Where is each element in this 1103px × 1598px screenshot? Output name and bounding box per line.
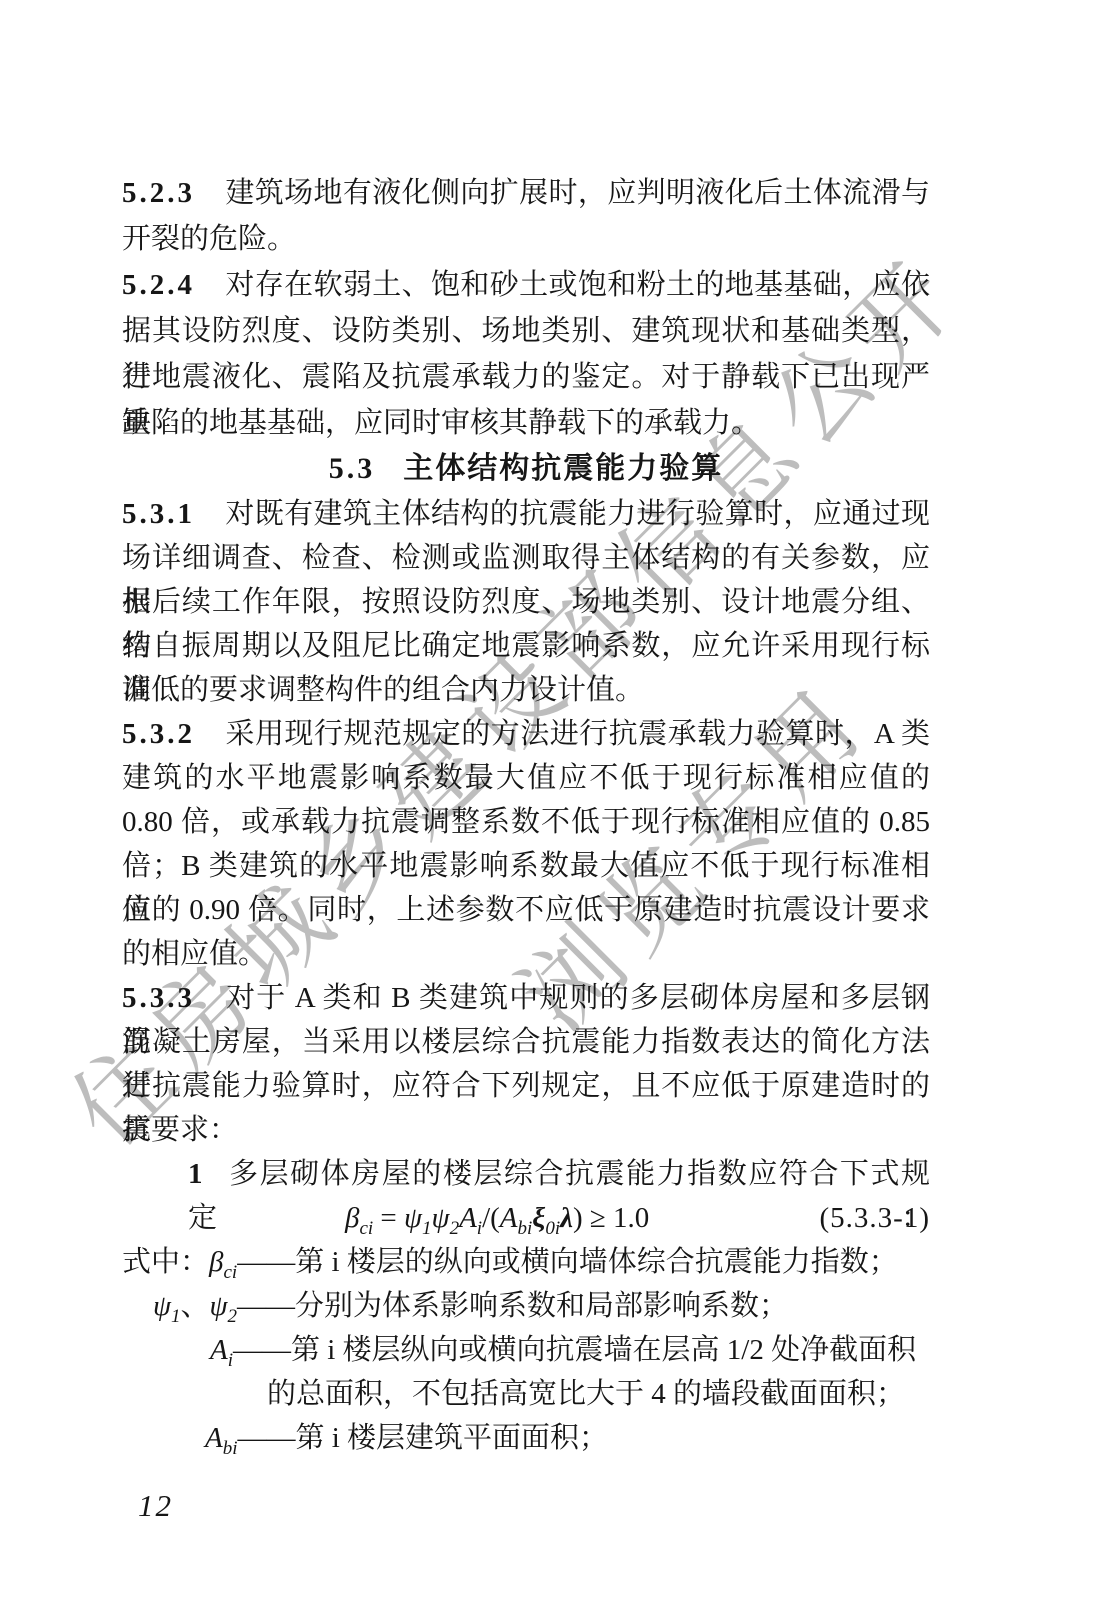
formula-divider: /( (482, 1202, 500, 1234)
clause-531-text1: 对既有建筑主体结构的抗震能力进行验算时，应通过现 (225, 498, 930, 530)
clause-533-line2: 混凝土房屋，当采用以楼层综合抗震能力指数表达的简化方法进 (122, 1020, 930, 1064)
equation-number: (5.3.3-1) (820, 1196, 930, 1240)
clause-524-text1: 对存在软弱土、饱和砂土或饱和粉土的地基基础，应依 (225, 269, 930, 301)
definition-psi-text: 分别为体系影响系数和局部影响系数； (295, 1290, 788, 1322)
clause-533-line3: 行抗震能力验算时，应符合下列规定，且不应低于原建造时的抗 (122, 1064, 930, 1108)
definition-intro: 式中： (122, 1246, 209, 1278)
definition-Abi: Abi——第 i 楼层建筑平面面积； (122, 1416, 930, 1460)
definition-beta-dash: —— (237, 1246, 295, 1278)
formula-tail: ) ≥ 1.0 (573, 1202, 649, 1234)
formula-lambda: λ (560, 1202, 573, 1234)
text-block: 5.2.3建筑场地有液化侧向扩展时，应判明液化后土体流滑与 开裂的危险。 5.2… (122, 170, 930, 1460)
scanned-standard-page: { "watermark": { "line1": "住房城乡建设部信息公开",… (0, 0, 1103, 1598)
definition-beta-var: β (209, 1246, 223, 1278)
definition-Abi-dash: —— (238, 1422, 296, 1454)
formula-xi-sub: 0i (545, 1218, 560, 1239)
definition-psi2-var: ψ (210, 1290, 228, 1322)
formula-xi: ξ (532, 1202, 545, 1234)
formula-psi2-sub: 2 (450, 1218, 460, 1239)
formula-psi2: ψ (432, 1202, 450, 1234)
formula-beta-sub: ci (359, 1218, 373, 1239)
section-heading: 5.3主体结构抗震能力验算 (122, 446, 930, 492)
section-heading-title: 主体结构抗震能力验算 (403, 452, 723, 485)
definition-Abi-var: A (205, 1422, 223, 1454)
clause-531-line3: 据后续工作年限，按照设防烈度、场地类别、设计地震分组、结 (122, 580, 930, 624)
formula-beta: β (345, 1202, 359, 1234)
formula-equals: = (373, 1202, 404, 1234)
formula-expression: βci = ψ1ψ2Ai/(Abiξ0iλ) ≥ 1.0 (345, 1202, 649, 1234)
clause-524-line4: 缺陷的地基基础，应同时审核其静载下的承载力。 (122, 400, 930, 446)
clause-532-line1: 5.3.2采用现行规范规定的方法进行抗震承载力验算时，A 类 (122, 712, 930, 756)
clause-532-number: 5.3.2 (122, 718, 195, 750)
clause-532-text1: 采用现行规范规定的方法进行抗震承载力验算时，A 类 (225, 718, 930, 750)
clause-531-line5: 调低的要求调整构件的组合内力设计值。 (122, 668, 930, 712)
definition-Ai-continued: 的总面积，不包括高宽比大于 4 的墙段截面面积； (122, 1372, 930, 1416)
clause-523-line1: 5.2.3建筑场地有液化侧向扩展时，应判明液化后土体流滑与 (122, 170, 930, 216)
clause-531-line2: 场详细调查、检查、检测或监测取得主体结构的有关参数，应根 (122, 536, 930, 580)
section-heading-number: 5.3 (329, 452, 376, 485)
formula-psi1: ψ (404, 1202, 422, 1234)
definition-psi-sep: 、 (181, 1290, 210, 1322)
clause-532-line6: 的相应值。 (122, 932, 930, 976)
definition-Ai: Ai——第 i 楼层纵向或横向抗震墙在层高 1/2 处净截面积 (122, 1328, 930, 1372)
clause-533-number: 5.3.3 (122, 982, 195, 1014)
formula-psi1-sub: 1 (422, 1218, 432, 1239)
clause-524-line1: 5.2.4对存在软弱土、饱和砂土或饱和粉土的地基基础，应依 (122, 262, 930, 308)
clause-532-line3: 0.80 倍，或承载力抗震调整系数不低于现行标准相应值的 0.85 (122, 800, 930, 844)
clause-524-number: 5.2.4 (122, 269, 195, 301)
definition-Abi-text: 第 i 楼层建筑平面面积； (296, 1422, 609, 1454)
clause-531-number: 5.3.1 (122, 498, 195, 530)
definition-Ai-var: A (210, 1334, 228, 1366)
clause-533-line1: 5.3.3对于 A 类和 B 类建筑中规则的多层砌体房屋和多层钢筋 (122, 976, 930, 1020)
definition-psi1-sub: 1 (171, 1306, 181, 1327)
clause-531-line4: 构自振周期以及阻尼比确定地震影响系数，应允许采用现行标准 (122, 624, 930, 668)
definition-beta-text: 第 i 楼层的纵向或横向墙体综合抗震能力指数； (295, 1246, 898, 1278)
definition-beta-sub: ci (223, 1262, 237, 1283)
page: 住房城乡建设部信息公开 浏览专用 5.2.3建筑场地有液化侧向扩展时，应判明液化… (0, 0, 1103, 1598)
formula-A1: A (459, 1202, 477, 1234)
formula-5331: βci = ψ1ψ2Ai/(Abiξ0iλ) ≥ 1.0(5.3.3-1) (122, 1196, 930, 1240)
formula-A2-sub: bi (518, 1218, 533, 1239)
definition-Ai-text: 第 i 楼层纵向或横向抗震墙在层高 1/2 处净截面积 (291, 1334, 916, 1366)
list-item-1-number: 1 (188, 1158, 203, 1190)
clause-523-text1: 建筑场地有液化侧向扩展时，应判明液化后土体流滑与 (225, 177, 930, 209)
clause-533-line4: 震要求： (122, 1108, 930, 1152)
clause-532-line5: 值的 0.90 倍。同时，上述参数不应低于原建造时抗震设计要求 (122, 888, 930, 932)
definition-beta: 式中：βci——第 i 楼层的纵向或横向墙体综合抗震能力指数； (122, 1240, 930, 1284)
clause-523-line2: 开裂的危险。 (122, 216, 930, 262)
clause-524-line2: 据其设防烈度、设防类别、场地类别、建筑现状和基础类型，进 (122, 308, 930, 354)
definition-psi: ψ1、ψ2——分别为体系影响系数和局部影响系数； (122, 1284, 930, 1328)
definition-Abi-sub: bi (223, 1438, 238, 1459)
clause-532-line2: 建筑的水平地震影响系数最大值应不低于现行标准相应值的 (122, 756, 930, 800)
list-item-1: 1多层砌体房屋的楼层综合抗震能力指数应符合下式规定： (122, 1152, 930, 1196)
clause-531-line1: 5.3.1对既有建筑主体结构的抗震能力进行验算时，应通过现 (122, 492, 930, 536)
page-number: 12 (138, 1488, 173, 1524)
clause-524-line3: 行地震液化、震陷及抗震承载力的鉴定。对于静载下已出现严重 (122, 354, 930, 400)
definition-psi2-sub: 2 (228, 1306, 238, 1327)
definition-psi-dash: —— (237, 1290, 295, 1322)
definition-Ai-dash: —— (233, 1334, 291, 1366)
clause-532-line4: 倍；B 类建筑的水平地震影响系数最大值应不低于现行标准相应 (122, 844, 930, 888)
definition-psi1-var: ψ (153, 1290, 171, 1322)
clause-523-number: 5.2.3 (122, 177, 195, 209)
formula-A2: A (500, 1202, 518, 1234)
